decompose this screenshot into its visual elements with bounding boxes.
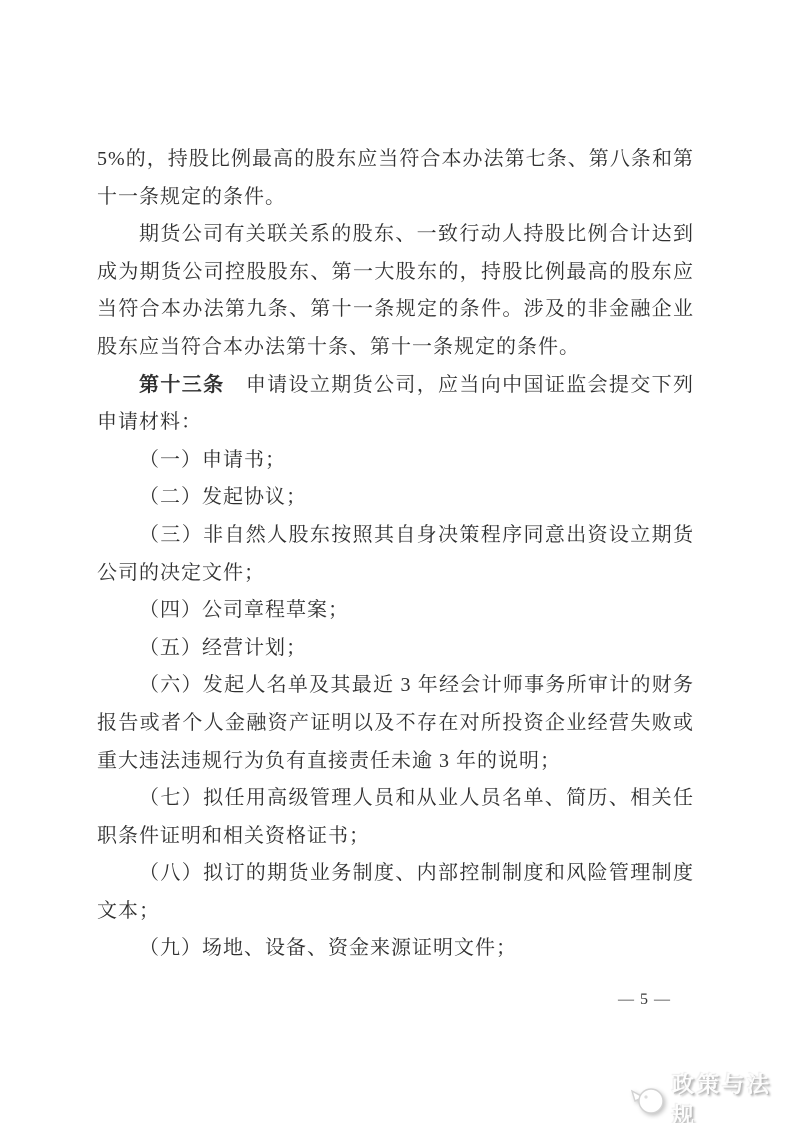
article-number: 第十三条 [139, 374, 224, 396]
document-body: 5%的，持股比例最高的股东应当符合本办法第七条、第八条和第 十一条规定的条件。 … [97, 141, 694, 968]
document-line: 文本； [97, 893, 694, 931]
document-line: （三）非自然人股东按照其自身决策程序同意出资设立期货 [97, 517, 694, 555]
document-line: （二）发起协议； [97, 479, 694, 517]
document-line: 第十三条 申请设立期货公司，应当向中国证监会提交下列 [97, 367, 694, 405]
document-line: （六）发起人名单及其最近 3 年经会计师事务所审计的财务 [97, 667, 694, 705]
document-line: （一）申请书； [97, 442, 694, 480]
document-line: （七）拟任用高级管理人员和从业人员名单、简历、相关任 [97, 780, 694, 818]
document-line: 股东应当符合本办法第十条、第十一条规定的条件。 [97, 329, 694, 367]
article-text: 申请设立期货公司，应当向中国证监会提交下列 [224, 374, 694, 396]
document-line: （八）拟订的期货业务制度、内部控制制度和风险管理制度 [97, 855, 694, 893]
publisher-watermark: 政策与法规 [630, 1068, 794, 1123]
document-line: 十一条规定的条件。 [97, 179, 694, 217]
document-line: 当符合本办法第九条、第十一条规定的条件。涉及的非金融企业 [97, 291, 694, 329]
watermark-label: 政策与法规 [672, 1068, 794, 1123]
document-line: 期货公司有关联关系的股东、一致行动人持股比例合计达到 [97, 216, 694, 254]
document-line: 报告或者个人金融资产证明以及不存在对所投资企业经营失败或 [97, 705, 694, 743]
document-line: （五）经营计划； [97, 630, 694, 668]
document-line: （九）场地、设备、资金来源证明文件； [97, 930, 694, 968]
document-line: 职条件证明和相关资格证书； [97, 818, 694, 856]
document-line: 成为期货公司控股股东、第一大股东的，持股比例最高的股东应 [97, 254, 694, 292]
document-line: 公司的决定文件； [97, 555, 694, 593]
document-line: 申请材料： [97, 404, 694, 442]
page-number: — 5 — [618, 991, 671, 1009]
document-page: 5%的，持股比例最高的股东应当符合本办法第七条、第八条和第 十一条规定的条件。 … [0, 0, 794, 1123]
document-line: 重大违法违规行为负有直接责任未逾 3 年的说明； [97, 743, 694, 781]
bird-mascot-icon [630, 1082, 666, 1116]
document-line: 5%的，持股比例最高的股东应当符合本办法第七条、第八条和第 [97, 141, 694, 179]
document-line: （四）公司章程草案； [97, 592, 694, 630]
